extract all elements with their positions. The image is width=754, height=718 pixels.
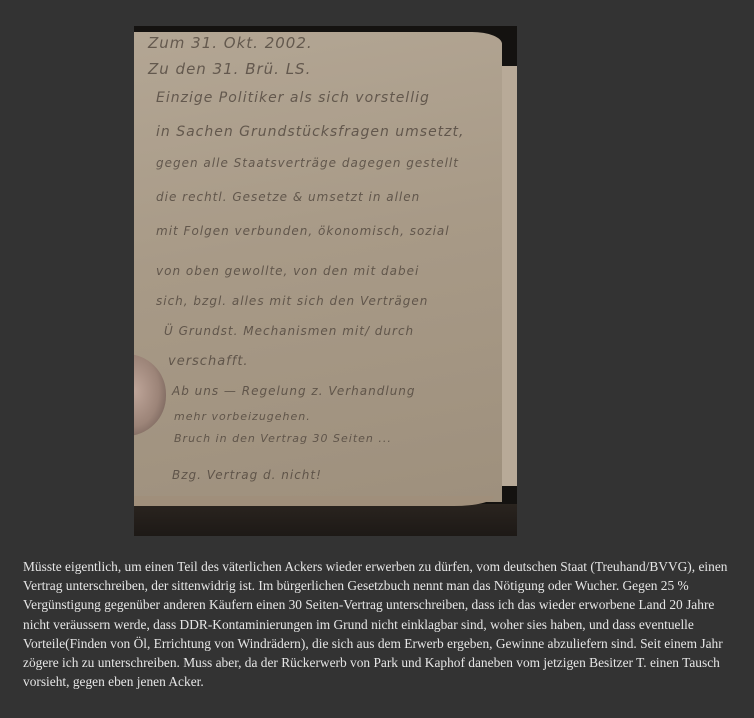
handwriting-line: Einzige Politiker als sich vorstellig [156,90,430,106]
handwriting-line: Zum 31. Okt. 2002. [148,34,313,52]
handwriting-line: verschafft. [168,354,249,369]
notebook-photo: Zum 31. Okt. 2002. Zu den 31. Brü. LS. E… [134,26,517,536]
notebook-page: Zum 31. Okt. 2002. Zu den 31. Brü. LS. E… [134,32,502,502]
handwriting-line: mehr vorbeizugehen. [174,410,311,423]
handwriting-line: Zu den 31. Brü. LS. [148,60,311,78]
page-bottom-curl [134,496,494,506]
handwriting-line: in Sachen Grundstücksfragen umsetzt, [156,124,464,140]
handwriting-line: Ü Grundst. Mechanismen mit/ durch [164,324,414,338]
handwriting-line: Bzg. Vertrag d. nicht! [172,468,322,482]
handwriting-line: die rechtl. Gesetze & umsetzt in allen [156,190,420,204]
caption-text: Müsste eigentlich, um einen Teil des vät… [23,557,738,691]
handwriting-line: sich, bzgl. alles mit sich den Verträgen [156,294,428,308]
handwriting-line: von oben gewollte, von den mit dabei [156,264,419,278]
handwriting-line: Bruch in den Vertrag 30 Seiten ... [174,432,392,445]
handwriting-line: Ab uns — Regelung z. Verhandlung [172,384,416,398]
dark-cloth-background [134,504,517,536]
handwriting-line: gegen alle Staatsverträge dagegen gestel… [156,156,459,170]
handwriting-line: mit Folgen verbunden, ökonomisch, sozial [156,224,450,238]
